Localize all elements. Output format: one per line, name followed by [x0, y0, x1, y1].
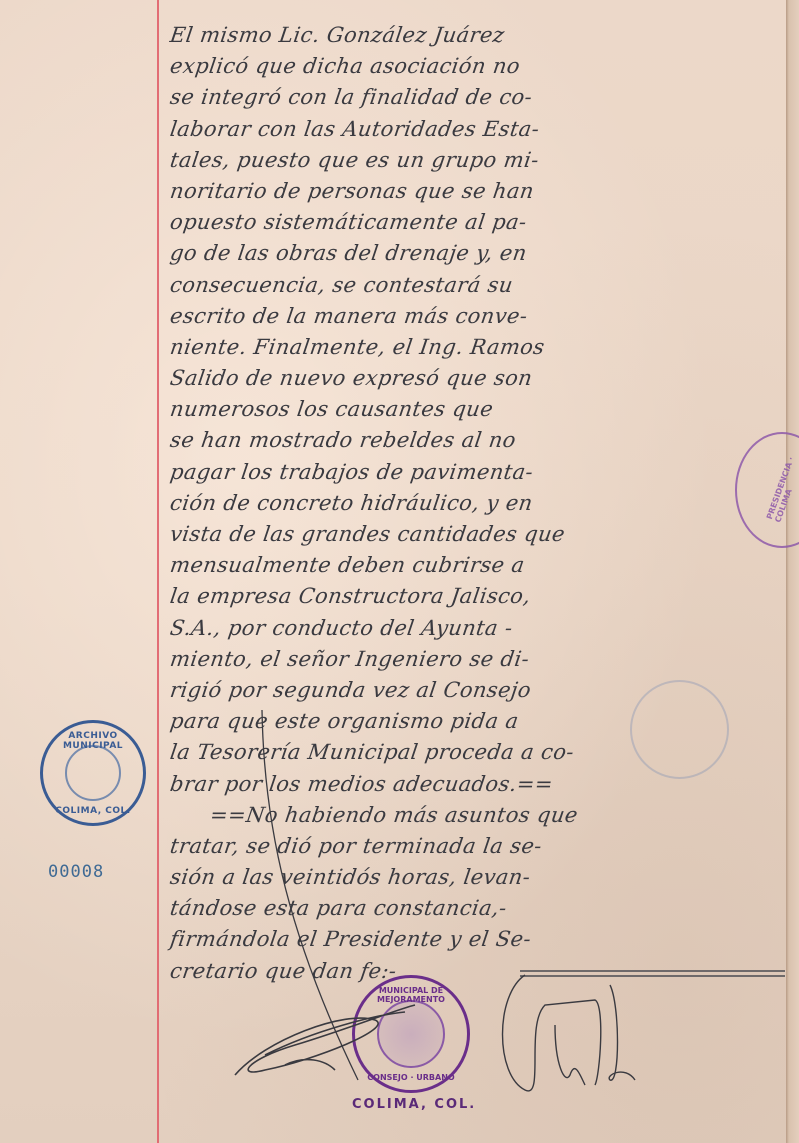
text-line: El mismo Lic. González Juárez — [168, 20, 772, 51]
text-line: Salido de nuevo expresó que son — [168, 363, 772, 394]
archivo-municipal-stamp: ARCHIVO MUNICIPAL COLIMA, COL. — [40, 720, 146, 826]
faint-stamp — [630, 680, 729, 779]
red-margin-line — [157, 0, 159, 1143]
text-line: explicó que dicha asociación no — [168, 51, 772, 82]
folio-number: 00008 — [48, 862, 104, 882]
text-line: mensualmente deben cubrirse a — [168, 550, 772, 581]
signature-secretario — [495, 965, 655, 1105]
text-line: tales, puesto que es un grupo mi- — [168, 145, 772, 176]
presidencia-stamp-text: PRESIDENCIA · COLIMA — [765, 442, 799, 523]
colima-stamp-label: COLIMA, COL. — [352, 1097, 476, 1112]
text-line: numerosos los causantes que — [168, 394, 772, 425]
text-line: la empresa Constructora Jalisco, — [168, 581, 772, 612]
text-line: laborar con las Autoridades Esta- — [168, 114, 772, 145]
text-line: opuesto sistemáticamente al pa- — [168, 207, 772, 238]
signature-presidente — [225, 1000, 425, 1090]
text-line: escrito de la manera más conve- — [168, 301, 772, 332]
stamp-bottom-text: COLIMA, COL. — [43, 806, 143, 816]
text-line: S.A., por conducto del Ayunta - — [168, 613, 772, 644]
text-line: noritario de personas que se han — [168, 176, 772, 207]
text-line: miento, el señor Ingeniero se di- — [168, 644, 772, 675]
stamp-inner-ring — [65, 745, 121, 801]
text-line: niente. Finalmente, el Ing. Ramos — [168, 332, 772, 363]
text-line: se han mostrado rebeldes al no — [168, 425, 772, 456]
text-line: consecuencia, se contestará su — [168, 270, 772, 301]
text-line: pagar los trabajos de pavimenta- — [168, 457, 772, 488]
document-page: El mismo Lic. González Juárez explicó qu… — [0, 0, 799, 1143]
text-line: se integró con la finalidad de co- — [168, 82, 772, 113]
text-line: go de las obras del drenaje y, en — [168, 238, 772, 269]
text-line: ción de concreto hidráulico, y en — [168, 488, 772, 519]
text-line: vista de las grandes cantidades que — [168, 519, 772, 550]
stamp-top-text: ARCHIVO MUNICIPAL — [43, 731, 143, 751]
